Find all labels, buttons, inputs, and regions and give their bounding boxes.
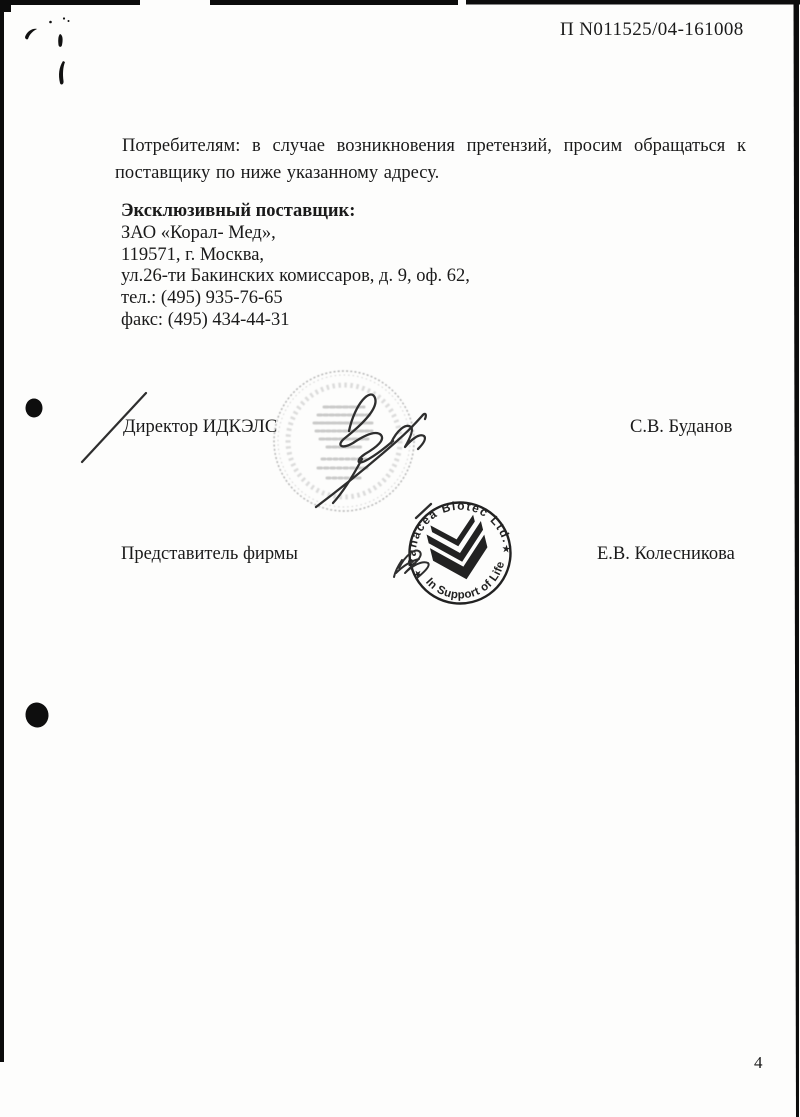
supplier-title: Эксклюзивный поставщик: bbox=[121, 201, 601, 223]
registration-number: П N011525/04-161008 bbox=[560, 19, 750, 41]
supplier-street: ул.26-ти Бакинских комиссаров, д. 9, оф.… bbox=[121, 266, 601, 288]
panacea-biotec-stamp: Panacea Biotec Ltd. In Support of Life ★… bbox=[393, 487, 526, 616]
stamp-bottom-arc-text: In Support of Life bbox=[422, 558, 514, 611]
stamp-star-right: ★ bbox=[502, 543, 512, 554]
director-role: Директор ИДКЭЛС bbox=[123, 417, 277, 438]
supplier-postcode-city: 119571, г. Москва, bbox=[121, 245, 601, 267]
hole-punch-dots bbox=[24, 399, 50, 729]
stamp-star-left: ★ bbox=[412, 567, 425, 580]
svg-text:In Support of Life: In Support of Life bbox=[422, 558, 514, 611]
page-number: 4 bbox=[754, 1053, 763, 1073]
stamp-top-arc-text: Panacea Biotec Ltd. bbox=[393, 487, 515, 569]
representative-role: Представитель фирмы bbox=[121, 544, 298, 565]
supplier-company: ЗАО «Корал- Мед», bbox=[121, 223, 601, 245]
representative-name: Е.В. Колесникова bbox=[597, 544, 735, 565]
panacea-book-logo bbox=[425, 513, 494, 586]
representative-signature bbox=[394, 551, 429, 578]
supplier-fax: факс: (495) 434-44-31 bbox=[121, 310, 601, 332]
svg-text:Panacea Biotec Ltd.: Panacea Biotec Ltd. bbox=[393, 487, 515, 569]
supplier-phone: тел.: (495) 935-76-65 bbox=[121, 288, 601, 310]
consumer-notice: Потребителям: в случае возникновения пре… bbox=[115, 133, 746, 187]
supplier-block: Эксклюзивный поставщик: ЗАО «Корал- Мед»… bbox=[121, 201, 601, 332]
director-name: С.В. Буданов bbox=[630, 417, 732, 438]
faint-round-stamp bbox=[274, 371, 414, 511]
scanned-page: П N011525/04-161008 Потребителям: в случ… bbox=[0, 0, 800, 1117]
director-signature bbox=[316, 394, 431, 518]
ink-specks bbox=[25, 17, 70, 84]
